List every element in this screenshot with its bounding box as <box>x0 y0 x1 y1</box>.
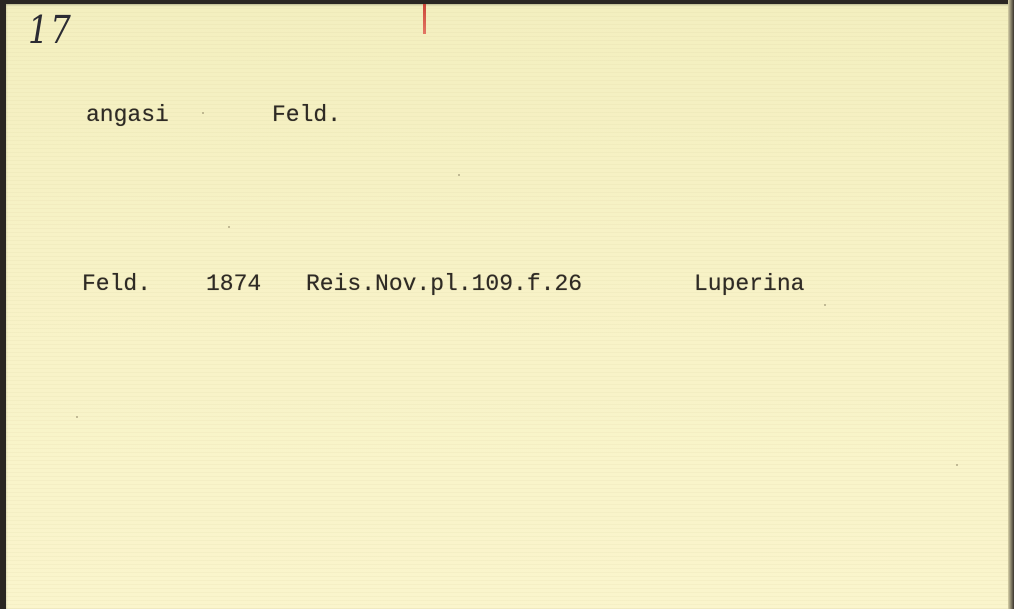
index-card: 17 angasi Feld. Feld. 1874 Reis.Nov.pl.1… <box>6 4 1010 609</box>
paper-speck <box>458 174 460 176</box>
handwritten-card-number: 17 <box>28 8 73 52</box>
paper-speck <box>824 304 826 306</box>
paper-speck <box>956 464 958 466</box>
card-right-edge <box>1008 0 1014 609</box>
citation-year: 1874 <box>206 271 261 297</box>
citation-author: Feld. <box>82 271 151 297</box>
paper-speck <box>228 226 230 228</box>
species-author: Feld. <box>272 102 341 128</box>
paper-speck <box>76 416 78 418</box>
paper-speck <box>202 112 204 114</box>
genus-name: Luperina <box>694 271 804 297</box>
red-marker-line <box>423 4 426 34</box>
species-name: angasi <box>86 102 169 128</box>
citation-reference: Reis.Nov.pl.109.f.26 <box>306 271 582 297</box>
